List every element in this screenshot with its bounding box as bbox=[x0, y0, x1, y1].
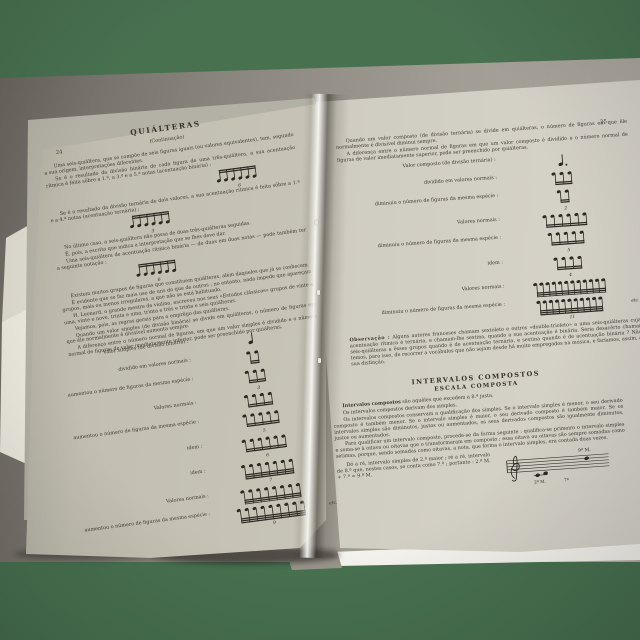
right-page-lower-column: INTERVALOS COMPOSTOS ESCALA COMPOSTA Int… bbox=[330, 352, 629, 504]
svg-text:7: 7 bbox=[269, 478, 273, 483]
left-paragraphs: Uma seis-quiáltera, que se compõe de sei… bbox=[43, 133, 318, 359]
binding-stitch bbox=[315, 220, 318, 225]
right-notation-list: Valor composto (de divisão ternária) :di… bbox=[337, 147, 640, 334]
photo-frame: 24 QUIÁLTERAS (Continuação) Uma seis-qui… bbox=[0, 0, 640, 640]
page-number-left: 24 bbox=[55, 149, 63, 156]
svg-text:3: 3 bbox=[257, 385, 261, 390]
binding-stitch bbox=[318, 358, 321, 363]
page-number-right: 25 bbox=[600, 119, 607, 125]
svg-text:9ª M.: 9ª M. bbox=[578, 447, 592, 454]
svg-text:5: 5 bbox=[262, 429, 266, 434]
svg-text:6: 6 bbox=[266, 453, 270, 458]
binding-stitch bbox=[317, 290, 320, 295]
svg-text:2: 2 bbox=[563, 206, 567, 211]
svg-text:4: 4 bbox=[568, 273, 572, 278]
etc-label: etc. bbox=[631, 298, 640, 304]
svg-text:7ª: 7ª bbox=[564, 477, 569, 482]
svg-text:9: 9 bbox=[273, 521, 277, 526]
svg-text:5: 5 bbox=[567, 248, 570, 253]
left-page-text-column: 24 QUIÁLTERAS (Continuação) Uma seis-qui… bbox=[40, 107, 319, 360]
svg-text:11: 11 bbox=[569, 315, 575, 320]
right-page-text-column: 25 Quando um valor composto (de divisão … bbox=[334, 98, 640, 368]
svg-text:2ª M.: 2ª M. bbox=[534, 479, 546, 485]
